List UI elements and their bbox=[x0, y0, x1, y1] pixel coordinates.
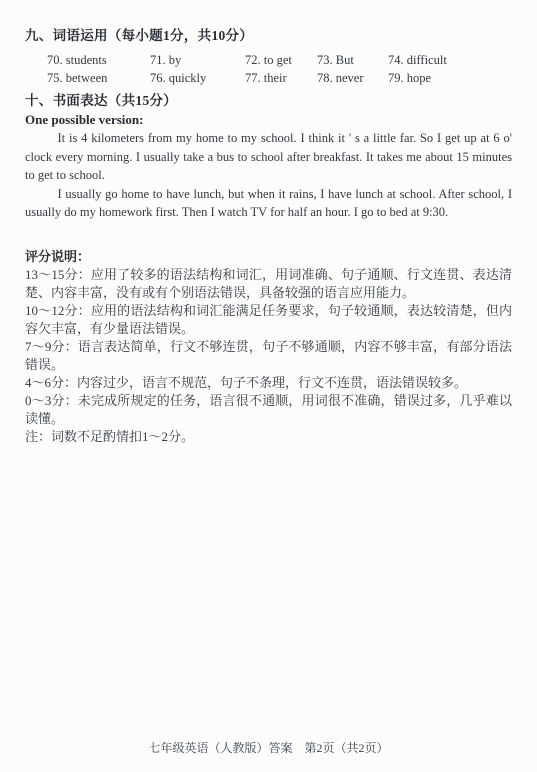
grading-band: 7～9分：语言表达简单，行文不够连贯，句子不够通顺，内容不够丰富，有部分语法错误… bbox=[25, 338, 512, 374]
grading-note: 注：词数不足酌情扣1～2分。 bbox=[25, 428, 512, 446]
grading-band: 13～15分：应用了较多的语法结构和词汇，用词准确、句子通顺、行文连贯、表达清楚… bbox=[25, 266, 512, 302]
model-essay: It is 4 kilometers from my home to my sc… bbox=[25, 129, 512, 222]
page-footer: 七年级英语（人教版）答案 第2页（共2页） bbox=[0, 741, 537, 755]
answer-item: 76. quickly bbox=[150, 70, 245, 88]
answer-item: 79. hope bbox=[388, 70, 512, 88]
essay-paragraph: It is 4 kilometers from my home to my sc… bbox=[25, 129, 512, 185]
answer-item: 72. to get bbox=[245, 52, 317, 70]
answer-item: 78. never bbox=[317, 70, 388, 88]
answer-item: 74. difficult bbox=[388, 52, 512, 70]
model-essay-label: One possible version: bbox=[25, 111, 512, 129]
essay-paragraph: I usually go home to have lunch, but whe… bbox=[25, 185, 512, 222]
page-content: 九、词语运用（每小题1分，共10分） 70. students 71. by 7… bbox=[0, 0, 537, 446]
grading-band: 0～3分：未完成所规定的任务，语言很不通顺，用词很不准确，错误过多，几乎难以读懂… bbox=[25, 392, 512, 428]
grading-band: 4～6分：内容过少，语言不规范，句子不条理，行文不连贯，语法错误较多。 bbox=[25, 374, 512, 392]
document-page: 九、词语运用（每小题1分，共10分） 70. students 71. by 7… bbox=[0, 0, 537, 772]
answer-item: 70. students bbox=[47, 52, 150, 70]
answer-item: 77. their bbox=[245, 70, 317, 88]
section10-title: 十、书面表达（共15分） bbox=[25, 93, 512, 108]
grading-band: 10～12分：应用的语法结构和词汇能满足任务要求，句子较通顺，表达较清楚，但内容… bbox=[25, 302, 512, 338]
answer-item: 75. between bbox=[47, 70, 150, 88]
answer-item: 71. by bbox=[150, 52, 245, 70]
section9-title: 九、词语运用（每小题1分，共10分） bbox=[25, 28, 512, 43]
section9-answer-grid: 70. students 71. by 72. to get 73. But 7… bbox=[47, 52, 512, 87]
answer-item: 73. But bbox=[317, 52, 388, 70]
grading-criteria: 评分说明： 13～15分：应用了较多的语法结构和词汇，用词准确、句子通顺、行文连… bbox=[25, 248, 512, 446]
grading-title: 评分说明： bbox=[25, 248, 512, 266]
